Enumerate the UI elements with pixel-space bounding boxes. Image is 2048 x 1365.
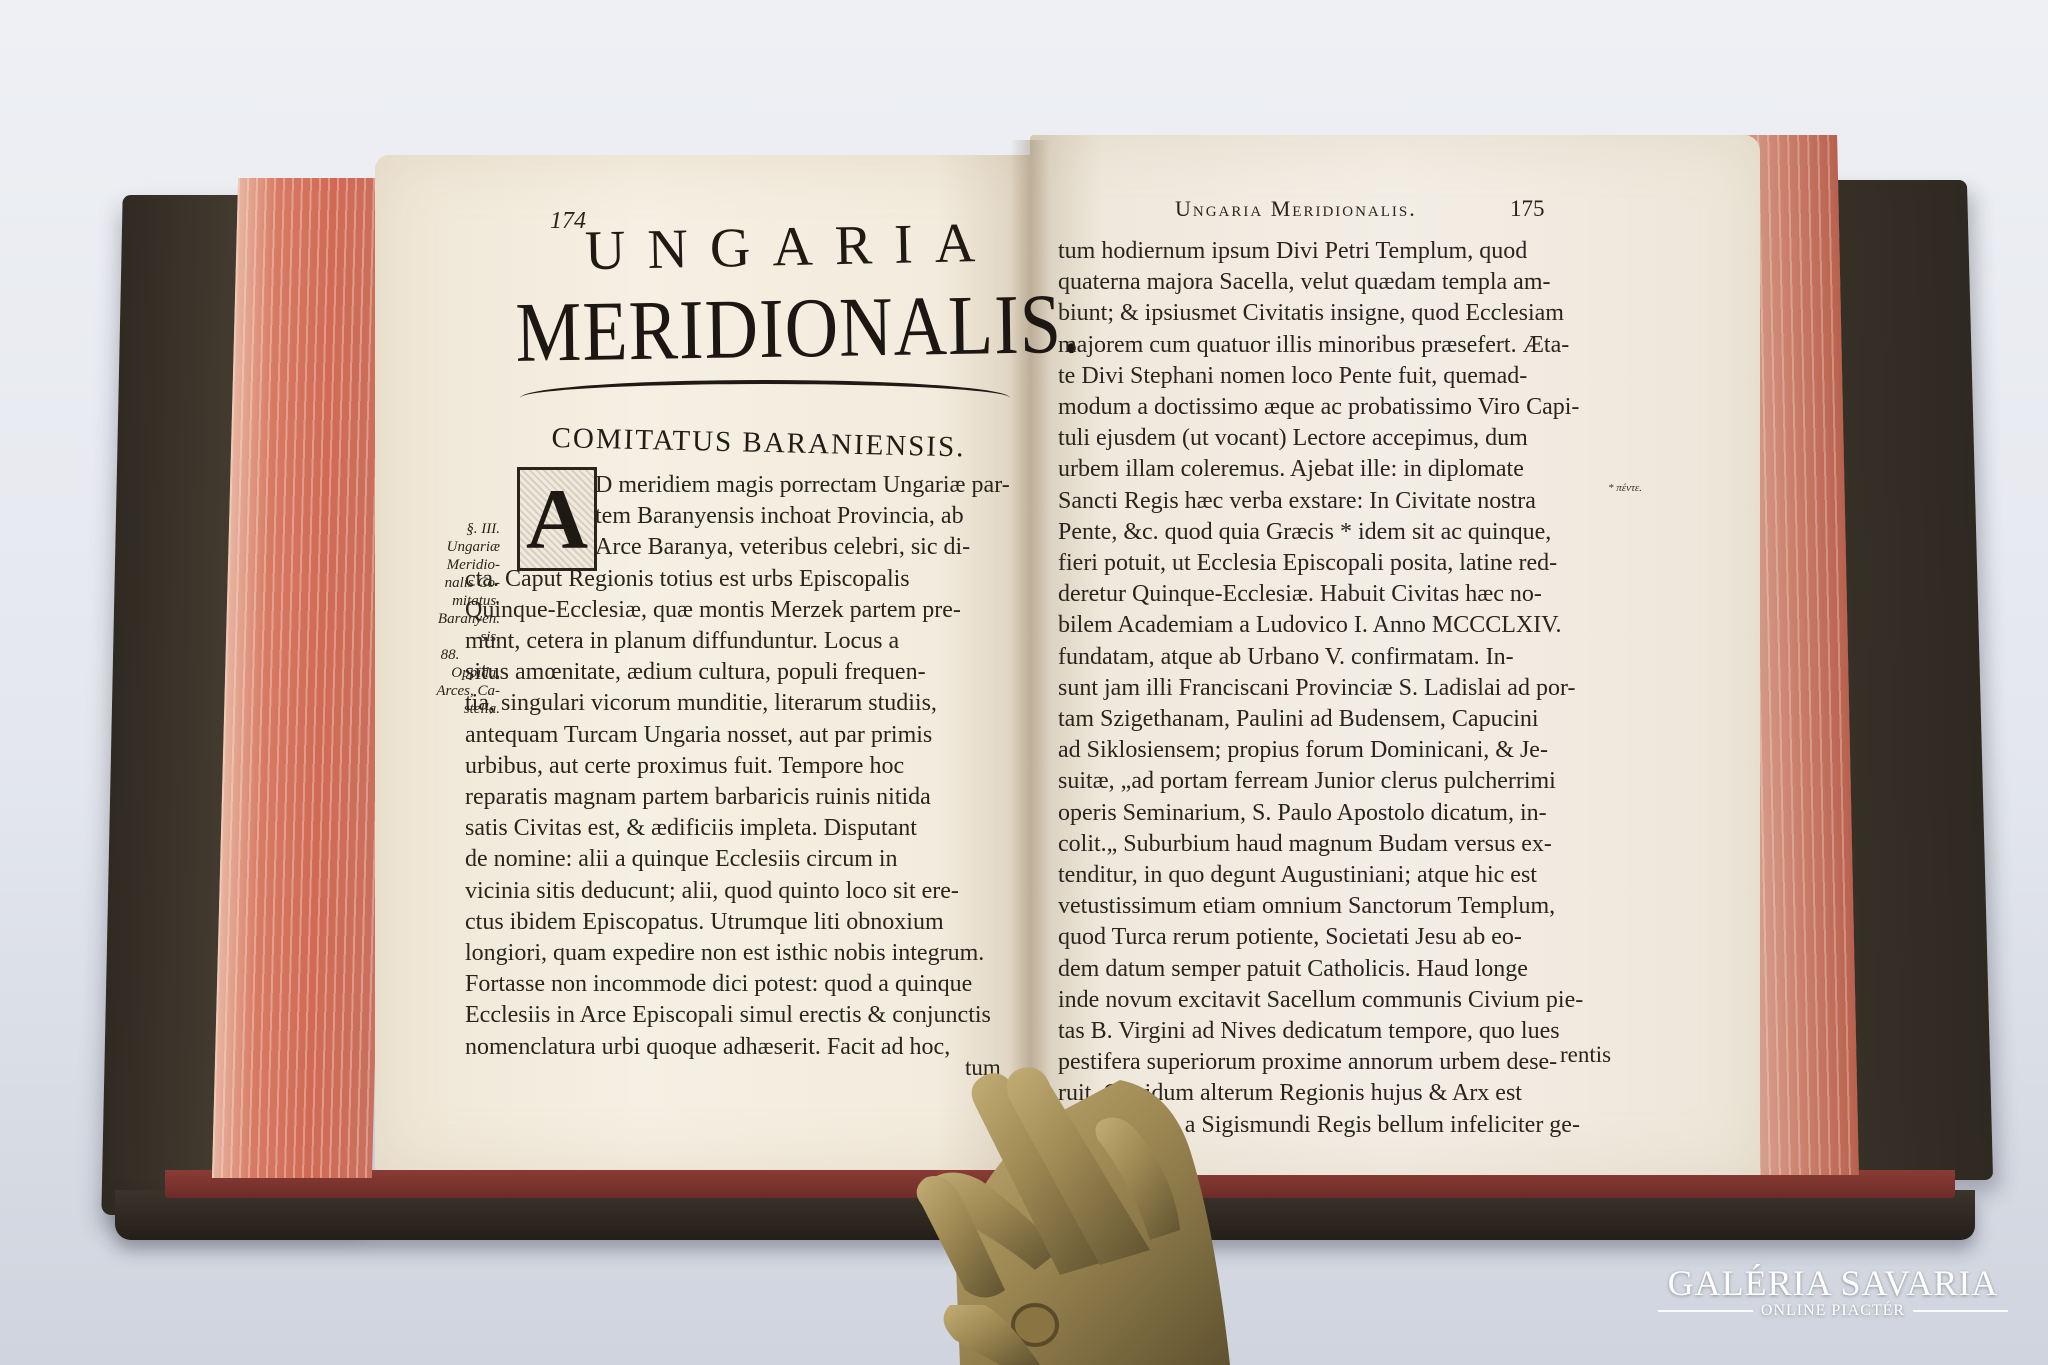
text-line: Fortasse non incommode dici potest: quod… <box>465 969 1020 1000</box>
text-line: urbibus, aut certe proximus fuit. Tempor… <box>465 751 1020 782</box>
text-line: de nomine: alii a quinque Ecclesiis circ… <box>465 844 1020 875</box>
text-line: suitæ, „ad portam ferream Junior clerus … <box>1058 766 1618 797</box>
text-line: dem datum semper patuit Catholicis. Haud… <box>1058 954 1618 985</box>
text-line: vicinia sitis deducunt; alii, quod quint… <box>465 876 1020 907</box>
text-line: reparatis magnam partem barbaricis ruini… <box>465 782 1020 813</box>
text-line: cta. Caput Regionis totius est urbs Epis… <box>465 564 1020 595</box>
text-line: longiori, quam expedire non est isthic n… <box>465 938 1020 969</box>
text-line: sunt jam illi Franciscani Provinciæ S. L… <box>1058 673 1618 704</box>
text-line: Sancti Regis hæc verba exstare: In Civit… <box>1058 486 1618 517</box>
text-line: vetustissimum etiam omnium Sanctorum Tem… <box>1058 891 1618 922</box>
text-line: modum a doctissimo æque ac probatissimo … <box>1058 392 1618 423</box>
photo-scene: 174 UNGARIA MERIDIONALIS. COMITATUS BARA… <box>0 0 2048 1365</box>
text-line: biunt; & ipsiusmet Civitatis insigne, qu… <box>1058 298 1618 329</box>
text-line: D meridiem magis porrectam Ungariæ par- <box>465 470 1020 501</box>
text-line: colit.„ Suburbium haud magnum Budam vers… <box>1058 829 1618 860</box>
watermark-subtitle-row: ONLINE PIACTÉR <box>1658 1302 2008 1320</box>
text-line: tuli ejusdem (ut vocant) Lectore accepim… <box>1058 423 1618 454</box>
text-line: ruit. Oppidum alterum Regionis hujus & A… <box>1058 1078 1618 1109</box>
body-text-right: tum hodiernum ipsum Divi Petri Templum, … <box>1058 236 1618 1141</box>
text-line: inde novum excitavit Sacellum communis C… <box>1058 985 1618 1016</box>
text-line: ctus ibidem Episcopatus. Utrumque liti o… <box>465 907 1020 938</box>
catchword-right: rentis <box>1560 1042 1611 1068</box>
text-line: te Divi Stephani nomen loco Pente fuit, … <box>1058 361 1618 392</box>
text-line: satis Civitas est, & ædificiis impleta. … <box>465 813 1020 844</box>
text-line: Quinque-Ecclesiæ, quæ montis Merzek part… <box>465 595 1020 626</box>
text-line: pestifera superiorum proxime annorum urb… <box>1058 1047 1618 1078</box>
text-line: Siklosiensis, a Sigismundi Regis bellum … <box>1058 1110 1618 1141</box>
chapter-title-line1: UNGARIA <box>584 211 997 284</box>
text-line: nomenclatura urbi quoque adhæserit. Faci… <box>465 1032 1020 1063</box>
watermark-rule-right <box>1913 1310 2008 1312</box>
text-line: tia, singulari vicorum munditie, literar… <box>465 688 1020 719</box>
text-line: urbem illam coleremus. Ajebat ille: in d… <box>1058 454 1618 485</box>
text-line: Ecclesiis in Arce Episcopali simul erect… <box>465 1000 1020 1031</box>
page-number-right: 175 <box>1510 196 1545 222</box>
watermark-subtitle: ONLINE PIACTÉR <box>1761 1302 1905 1320</box>
text-line: bilem Academiam a Ludovico I. Anno MCCCL… <box>1058 610 1618 641</box>
text-line: Arce Baranya, veteribus celebri, sic di- <box>465 532 1020 563</box>
chapter-title-line2: MERIDIONALIS. <box>515 276 1082 383</box>
text-line: tum hodiernum ipsum Divi Petri Templum, … <box>1058 236 1618 267</box>
text-line: quaterna majora Sacella, velut quædam te… <box>1058 267 1618 298</box>
text-line: tas B. Virgini ad Nives dedicatum tempor… <box>1058 1016 1618 1047</box>
text-line: fieri potuit, ut Ecclesia Episcopali pos… <box>1058 548 1618 579</box>
watermark-rule-left <box>1658 1310 1753 1312</box>
text-line: ad Siklosiensem; propius forum Dominican… <box>1058 735 1618 766</box>
body-text-left: D meridiem magis porrectam Ungariæ par- … <box>465 470 1020 1063</box>
text-line: situs amœnitate, ædium cultura, populi f… <box>465 657 1020 688</box>
text-line: majorem cum quatuor illis minoribus præs… <box>1058 330 1618 361</box>
watermark-title: GALÉRIA SAVARIA <box>1658 1262 2008 1304</box>
page-number-left: 174 <box>550 208 586 235</box>
text-line: munt, cetera in planum diffunduntur. Loc… <box>465 626 1020 657</box>
text-line: quod Turca rerum potiente, Societati Jes… <box>1058 922 1618 953</box>
catchword-left: tum <box>965 1055 1001 1081</box>
watermark-logo: GALÉRIA SAVARIA ONLINE PIACTÉR <box>1658 1262 2008 1320</box>
running-head: Ungaria Meridionalis. <box>1175 196 1417 222</box>
text-line: operis Seminarium, S. Paulo Apostolo dic… <box>1058 798 1618 829</box>
text-line: tam Szigethanam, Paulini ad Budensem, Ca… <box>1058 704 1618 735</box>
text-line: deretur Quinque-Ecclesiæ. Habuit Civitas… <box>1058 579 1618 610</box>
text-line: fundatam, atque ab Urbano V. confirmatam… <box>1058 642 1618 673</box>
text-line: tenditur, in quo degunt Augustiniani; at… <box>1058 860 1618 891</box>
text-line: antequam Turcam Ungaria nosset, aut par … <box>465 720 1020 751</box>
red-page-edge-left <box>212 178 398 1178</box>
text-line: Pente, &c. quod quia Græcis * idem sit a… <box>1058 517 1618 548</box>
text-line: tem Baranyensis inchoat Provincia, ab <box>465 501 1020 532</box>
